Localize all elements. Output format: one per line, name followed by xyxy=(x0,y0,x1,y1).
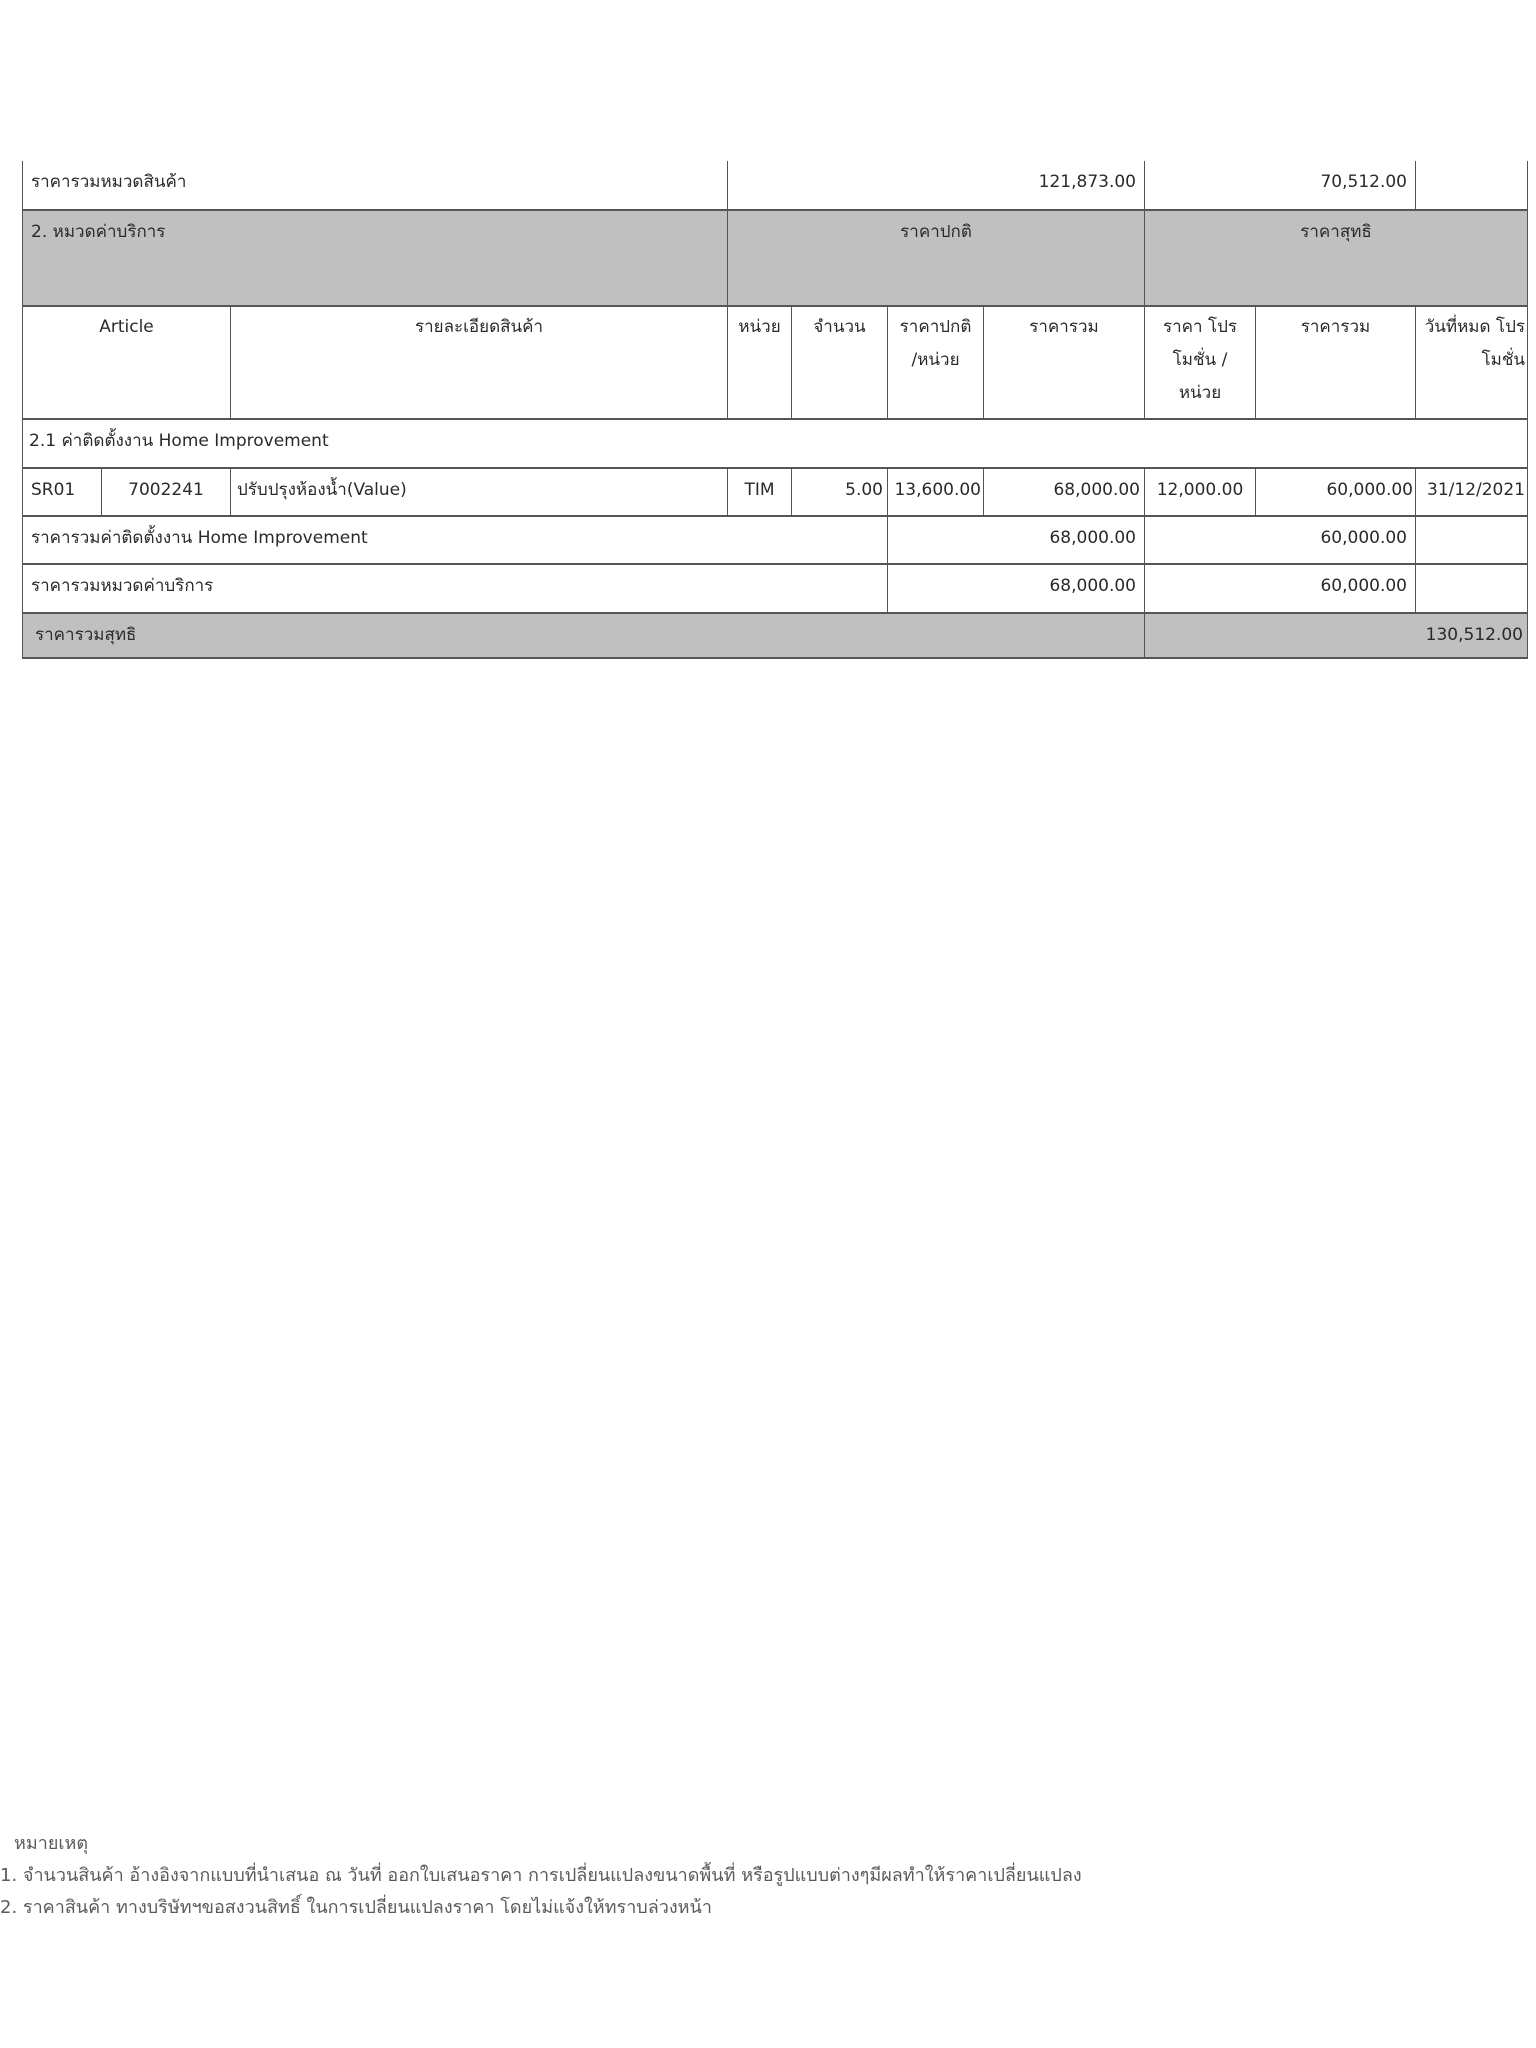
net-price-group-header: ราคาสุทธิ xyxy=(1144,211,1528,305)
subcategory-title: 2.1 ค่าติดตั้งงาน Home Improvement xyxy=(22,420,1528,467)
header-promo-unit-price: ราคา โปรโมชั่น /หน่วย xyxy=(1144,307,1255,418)
notes-section: หมายเหตุ 1. จำนวนสินค้า อ้างอิงจากแบบที่… xyxy=(0,1828,1082,1924)
product-regular-total: 121,873.00 xyxy=(727,161,1144,209)
header-promo-end-date: วันที่หมด โปรโมชั่น xyxy=(1415,307,1528,418)
subcategory-regular-total: 68,000.00 xyxy=(887,517,1144,563)
header-regular-unit-price: ราคาปกติ /หน่วย xyxy=(887,307,983,418)
service-total-label: ราคารวมหมวดค่าบริการ xyxy=(22,565,887,612)
regular-price-group-header: ราคาปกติ xyxy=(727,211,1144,305)
subcategory-total-row: ราคารวมค่าติดตั้งงาน Home Improvement 68… xyxy=(22,515,1528,563)
grand-total-label: ราคารวมสุทธิ xyxy=(22,614,1144,657)
item-code: SR01 xyxy=(22,469,101,515)
header-quantity: จำนวน xyxy=(791,307,887,418)
product-total-label: ราคารวมหมวดสินค้า xyxy=(22,161,727,209)
item-description: ปรับปรุงห้องน้ำ(Value) xyxy=(230,469,727,515)
header-description: รายละเอียดสินค้า xyxy=(230,307,727,418)
service-regular-total: 68,000.00 xyxy=(887,565,1144,612)
item-unit: TIM xyxy=(727,469,791,515)
item-regular-total: 68,000.00 xyxy=(983,469,1144,515)
header-promo-total: ราคารวม xyxy=(1255,307,1415,418)
column-header-row: Article รายละเอียดสินค้า หน่วย จำนวน ราค… xyxy=(22,305,1528,418)
note-line-2: 2. ราคาสินค้า ทางบริษัทฯขอสงวนสิทธิ์ ในก… xyxy=(0,1892,1082,1924)
table-row: SR01 7002241 ปรับปรุงห้องน้ำ(Value) TIM … xyxy=(22,467,1528,515)
header-unit: หน่วย xyxy=(727,307,791,418)
product-total-empty xyxy=(1415,161,1528,209)
item-promo-unit-price: 12,000.00 xyxy=(1144,469,1255,515)
item-promo-total: 60,000.00 xyxy=(1255,469,1415,515)
note-line-1: 1. จำนวนสินค้า อ้างอิงจากแบบที่นำเสนอ ณ … xyxy=(0,1860,1082,1892)
service-category-title: 2. หมวดค่าบริการ xyxy=(22,211,727,305)
notes-title: หมายเหตุ xyxy=(0,1828,1082,1860)
item-regular-unit-price: 13,600.00 xyxy=(887,469,983,515)
subcategory-net-total: 60,000.00 xyxy=(1144,517,1415,563)
product-net-total: 70,512.00 xyxy=(1144,161,1415,209)
header-regular-total: ราคารวม xyxy=(983,307,1144,418)
subcategory-total-label: ราคารวมค่าติดตั้งงาน Home Improvement xyxy=(22,517,887,563)
item-promo-end-date: 31/12/2021 xyxy=(1415,469,1528,515)
grand-total-value: 130,512.00 xyxy=(1144,614,1528,657)
subcategory-row: 2.1 ค่าติดตั้งงาน Home Improvement xyxy=(22,418,1528,467)
grand-total-row: ราคารวมสุทธิ 130,512.00 xyxy=(22,612,1528,659)
item-quantity: 5.00 xyxy=(791,469,887,515)
product-category-total-row: ราคารวมหมวดสินค้า 121,873.00 70,512.00 xyxy=(22,161,1528,209)
service-net-total: 60,000.00 xyxy=(1144,565,1415,612)
service-total-empty xyxy=(1415,565,1528,612)
item-article: 7002241 xyxy=(101,469,230,515)
header-article: Article xyxy=(22,307,230,418)
service-category-total-row: ราคารวมหมวดค่าบริการ 68,000.00 60,000.00 xyxy=(22,563,1528,612)
service-category-header: 2. หมวดค่าบริการ ราคาปกติ ราคาสุทธิ xyxy=(22,209,1528,305)
subcategory-total-empty xyxy=(1415,517,1528,563)
